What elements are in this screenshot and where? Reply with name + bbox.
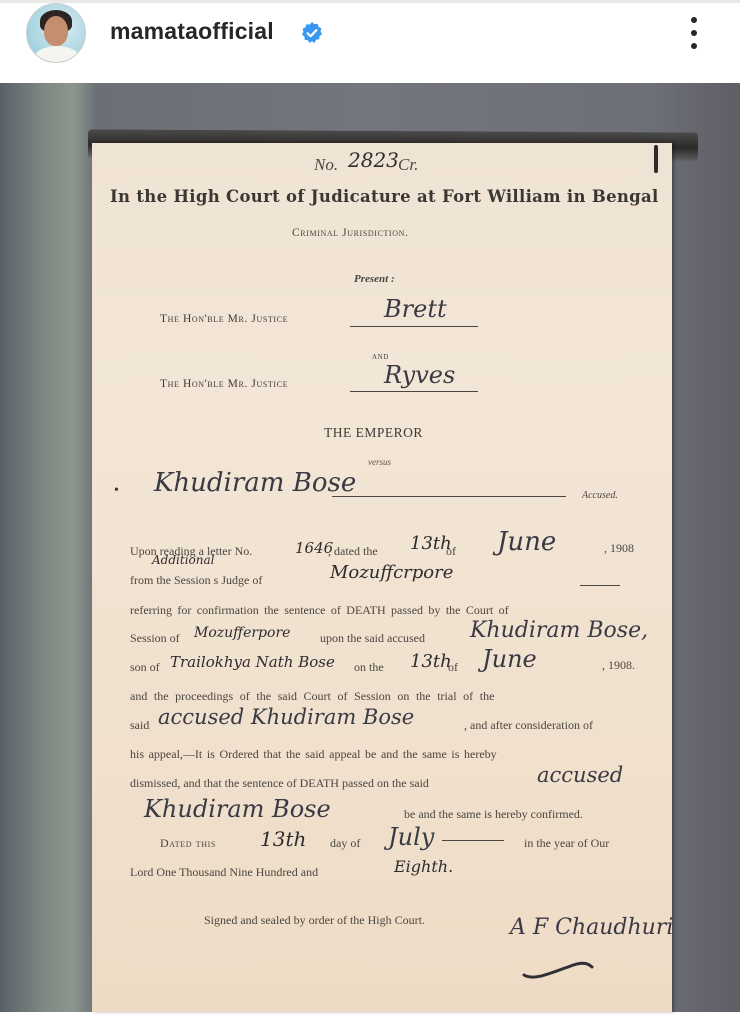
- avatar-face: [44, 16, 68, 46]
- additional-note: Additional: [152, 553, 214, 567]
- dot-icon: [691, 30, 697, 36]
- justice-1-rule: [350, 326, 478, 327]
- sentence-month: June: [482, 645, 537, 673]
- referring-line: referring for confirmation the sentence …: [130, 603, 509, 618]
- father-name: Trailokhya Nath Bose: [170, 653, 335, 671]
- justice-2-signature: Ryves: [384, 361, 455, 389]
- signed-line: Signed and sealed by order of the High C…: [204, 913, 425, 928]
- username[interactable]: mamataofficial: [110, 18, 274, 45]
- sentence-of: of: [448, 660, 458, 675]
- more-options-button[interactable]: [682, 13, 706, 53]
- judge-place-rule: [580, 585, 620, 586]
- accused-label: Accused.: [582, 490, 618, 501]
- justice-1-label: The Hon'ble Mr. Justice: [160, 313, 288, 325]
- verified-badge-icon: [300, 21, 324, 45]
- post-image[interactable]: No. 2823 Cr. In the High Court of Judica…: [0, 83, 740, 1012]
- registrar-signature: A F Chaudhuri: [510, 915, 673, 940]
- proceedings-line: and the proceedings of the said Court of…: [130, 689, 494, 704]
- letter-dated: , dated the: [328, 544, 378, 559]
- dismissed-line: dismissed, and that the sentence of DEAT…: [130, 776, 429, 791]
- sentence-day: 13th: [410, 651, 452, 672]
- session-of: Session of: [130, 631, 180, 646]
- accused-name-3: accused Khudiram Bose: [158, 705, 414, 729]
- letter-of: of: [446, 544, 456, 559]
- from-judge: from the Session s Judge of: [130, 573, 262, 588]
- sentence-year: , 1908.: [602, 658, 635, 673]
- party-emperor: THE EMPEROR: [324, 425, 423, 441]
- dated-day: 13th: [260, 827, 306, 851]
- said-label: said: [130, 718, 149, 733]
- accused-name-4: Khudiram Bose: [144, 795, 331, 823]
- justice-1-signature: Brett: [384, 295, 447, 323]
- judge-place: Mozuffcrpore: [330, 562, 453, 583]
- year-of-our: in the year of Our: [524, 836, 609, 851]
- dot-icon: [691, 17, 697, 23]
- dated-month-rule: [442, 840, 504, 841]
- after-consideration: , and after consideration of: [464, 718, 593, 733]
- upon-accused: upon the said accused: [320, 631, 425, 646]
- court-title: In the High Court of Judicature at Fort …: [110, 187, 659, 206]
- avatar-figure: [35, 46, 79, 63]
- letter-year: , 1908: [604, 541, 634, 556]
- document-number-label: No.: [314, 155, 338, 175]
- year-word: Eighth.: [394, 857, 453, 876]
- day-of: day of: [330, 836, 360, 851]
- present-label: Present :: [354, 273, 395, 285]
- session-place: Mozufferpore: [194, 625, 290, 641]
- lord-line: Lord One Thousand Nine Hundred and: [130, 865, 318, 880]
- confirmed-line: be and the same is hereby confirmed.: [404, 807, 583, 822]
- accused-name-2: Khudiram Bose,: [470, 618, 648, 643]
- justice-2-label: The Hon'ble Mr. Justice: [160, 378, 288, 390]
- bullet-mark: •: [114, 483, 119, 499]
- accused-rule: [332, 496, 566, 497]
- jurisdiction: Criminal Jurisdiction.: [292, 227, 408, 239]
- document-number: 2823: [348, 148, 399, 172]
- dated-label: Dated this: [160, 836, 216, 851]
- accused-name: Khudiram Bose: [154, 468, 356, 498]
- dated-month: July: [388, 823, 434, 851]
- justice-2-rule: [350, 391, 478, 392]
- binding-mark: [654, 145, 658, 173]
- post-header: mamataofficial: [0, 3, 740, 83]
- avatar[interactable]: [26, 3, 86, 63]
- signature-flourish: [520, 955, 600, 983]
- on-the: on the: [354, 660, 384, 675]
- son-of: son of: [130, 660, 160, 675]
- accused-word: accused: [537, 763, 623, 787]
- appeal-line: his appeal,—It is Ordered that the said …: [130, 747, 497, 762]
- letter-month: June: [497, 527, 556, 557]
- document-number-suffix: Cr.: [398, 155, 418, 175]
- court-document: No. 2823 Cr. In the High Court of Judica…: [92, 143, 672, 1012]
- versus-label: versus: [368, 457, 391, 467]
- dot-icon: [691, 43, 697, 49]
